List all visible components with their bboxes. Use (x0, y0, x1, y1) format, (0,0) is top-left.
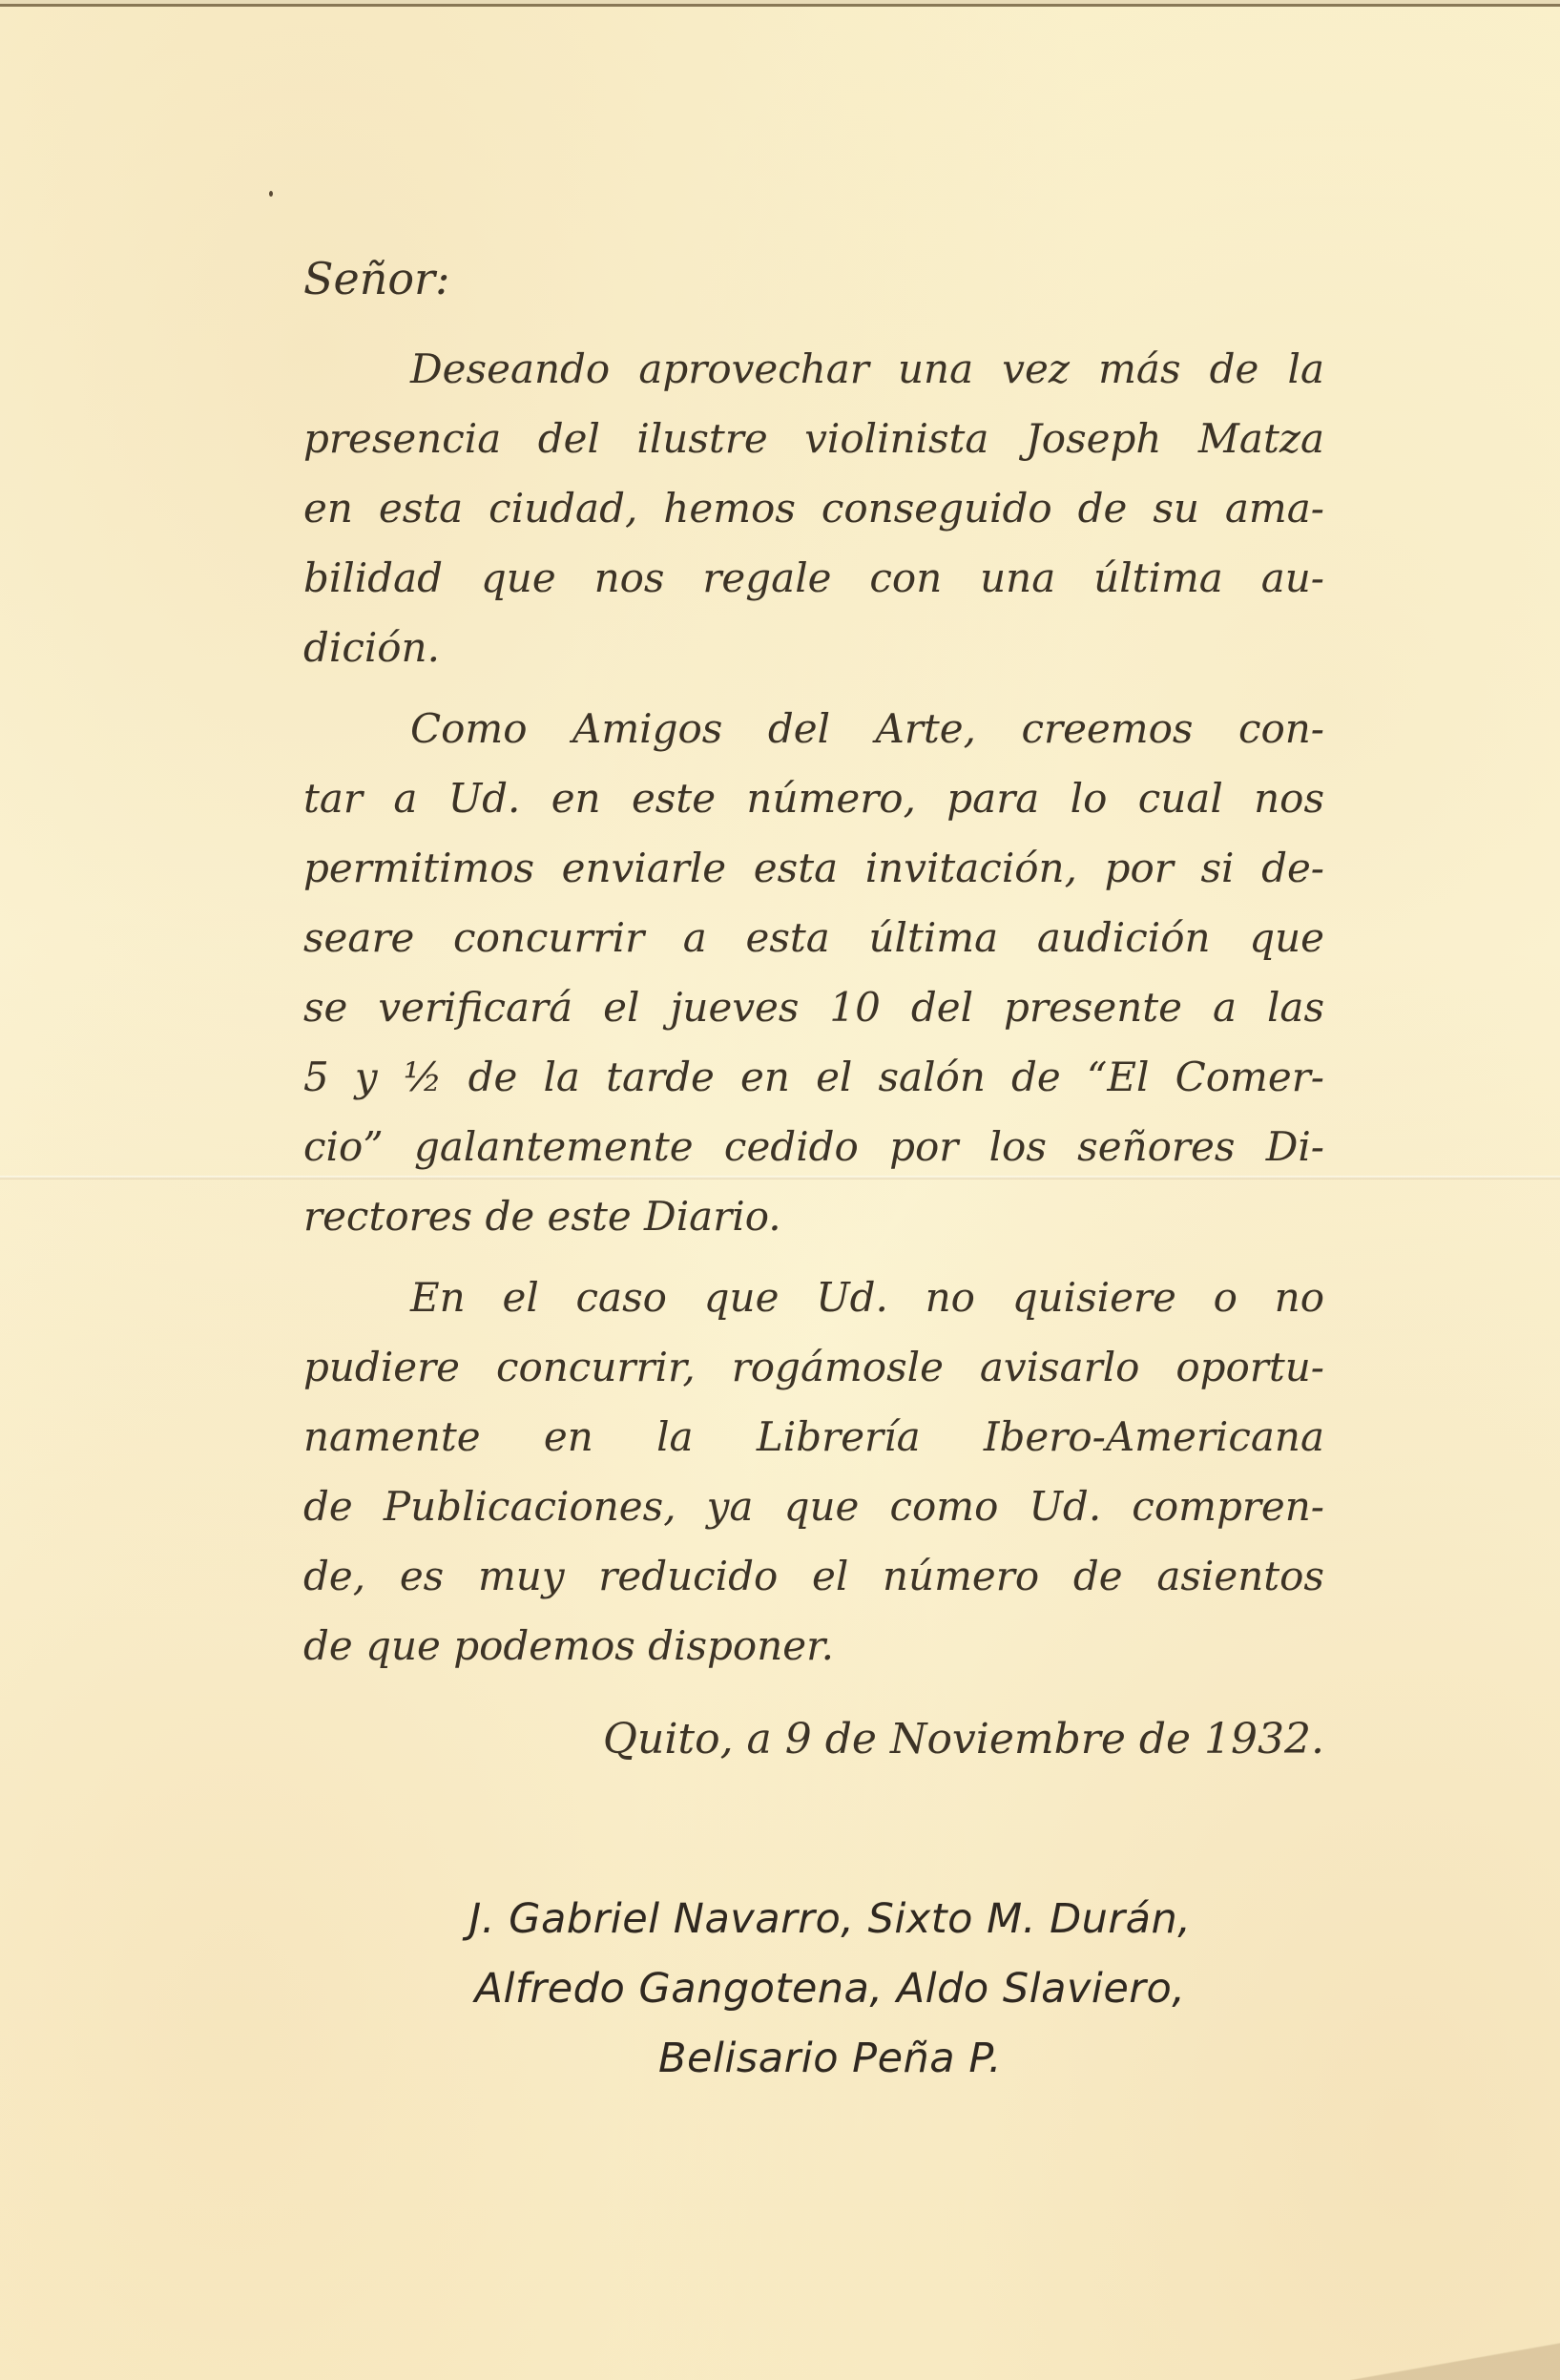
text-line: namente en la Librería Ibero-Americana (303, 1402, 1324, 1472)
text-line: de, es muy reducido el número de asiento… (303, 1541, 1324, 1611)
text-line: de que podemos disponer. (303, 1611, 1324, 1681)
text-line: de Publicaciones, ya que como Ud. compre… (303, 1472, 1324, 1541)
paragraph-2: Como Amigos del Arte, creemos con- tar a… (303, 694, 1324, 1251)
text-line: seare concurrir a esta última audición q… (303, 903, 1324, 972)
signature-line: Belisario Peña P. (363, 2024, 1298, 2094)
paragraph-1: Deseando aprovechar una vez más de la pr… (303, 334, 1324, 682)
text-line: presencia del ilustre violinista Joseph … (303, 404, 1324, 473)
paragraph-3: En el caso que Ud. no quisiere o no pudi… (303, 1263, 1324, 1681)
text-line: permitimos enviarle esta invitación, por… (303, 833, 1324, 903)
text-line: cio” galantemente cedido por los señores… (303, 1112, 1324, 1181)
corner-shadow (1350, 2342, 1560, 2380)
text-line: bilidad que nos regale con una última au… (303, 543, 1324, 613)
signature-line: J. Gabriel Navarro, Sixto M. Durán, (363, 1885, 1298, 1954)
text-line: En el caso que Ud. no quisiere o no (303, 1263, 1324, 1332)
text-line: Deseando aprovechar una vez más de la (303, 334, 1324, 404)
text-line: se verificará el jueves 10 del presente … (303, 972, 1324, 1042)
signature-line: Alfredo Gangotena, Aldo Slaviero, (363, 1954, 1298, 2024)
date-place-line: Quito, a 9 de Noviembre de 1932. (303, 1701, 1324, 1778)
text-line: rectores de este Diario. (303, 1181, 1324, 1251)
salutation: Señor: (303, 250, 1324, 307)
text-line: en esta ciudad, hemos conseguido de su a… (303, 473, 1324, 543)
text-line: Como Amigos del Arte, creemos con- (303, 694, 1324, 763)
letter-body: Señor: Deseando aprovechar una vez más d… (303, 250, 1324, 1778)
text-line: pudiere concurrir, rogámosle avisarlo op… (303, 1332, 1324, 1402)
text-line: dición. (303, 613, 1324, 682)
paper-top-edge (0, 4, 1560, 7)
text-line: 5 y ½ de la tarde en el salón de “El Com… (303, 1042, 1324, 1112)
signatures-block: J. Gabriel Navarro, Sixto M. Durán, Alfr… (363, 1885, 1298, 2094)
ink-speck (269, 191, 273, 197)
text-line: tar a Ud. en este número, para lo cual n… (303, 763, 1324, 833)
